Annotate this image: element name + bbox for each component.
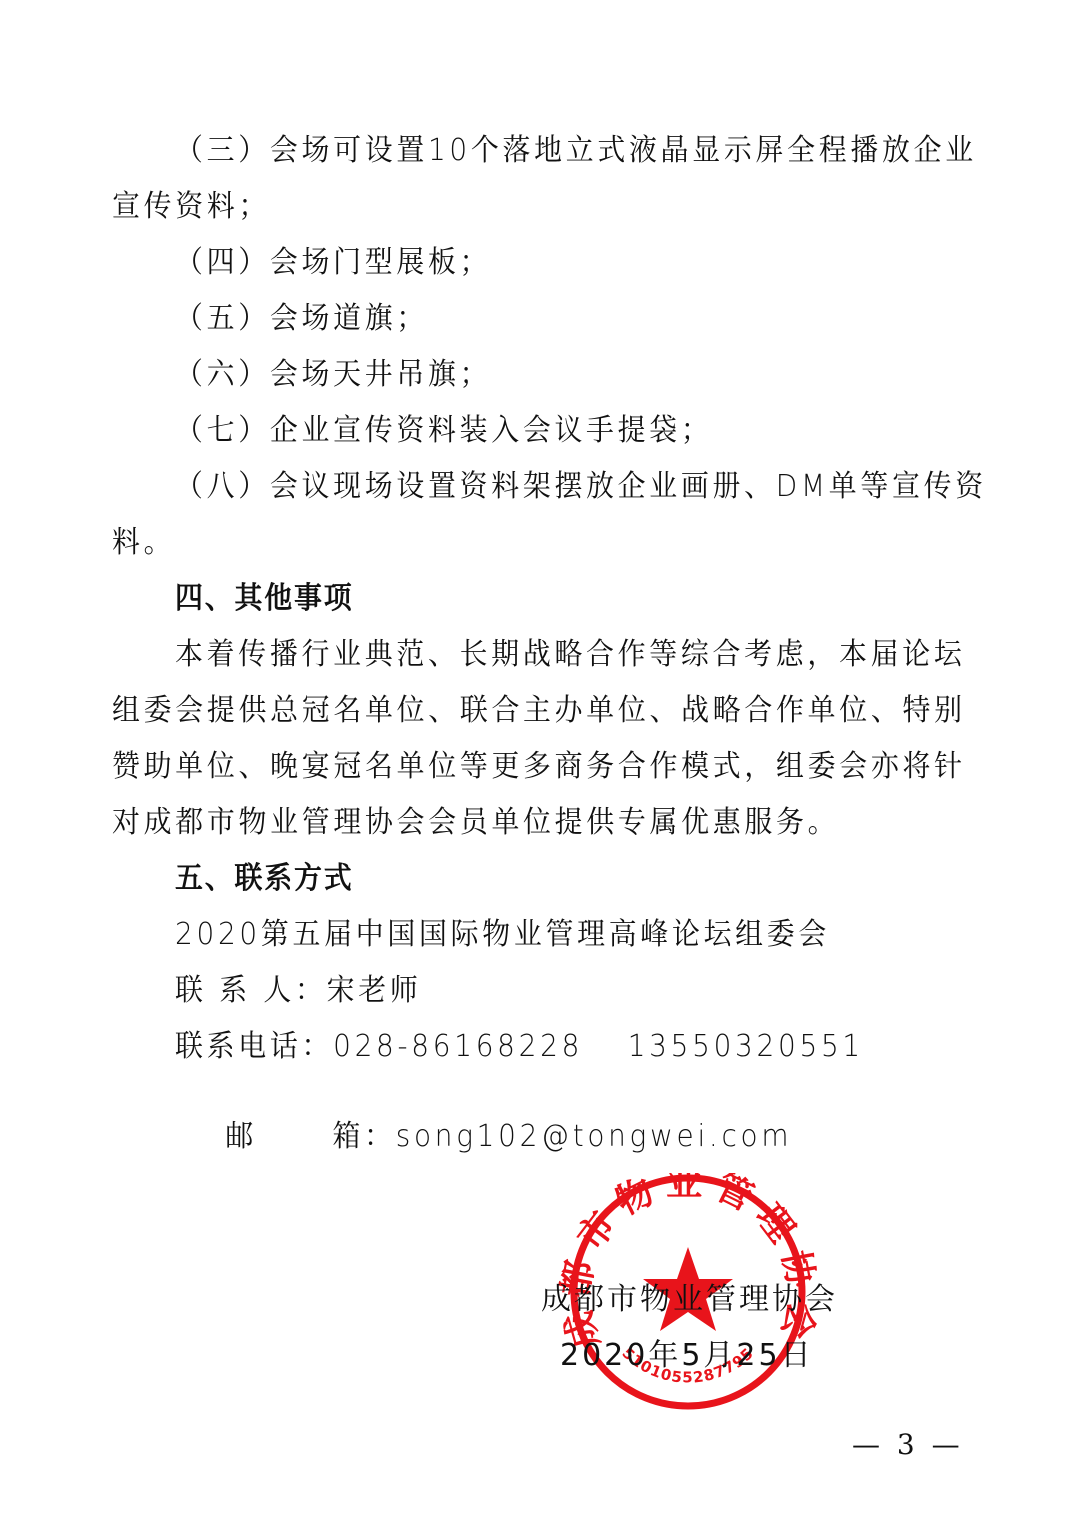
- item-4: （四）会场门型展板；: [175, 246, 491, 280]
- section-4-line-1: 本着传播行业典范、长期战略合作等综合考虑，本届论坛: [175, 638, 966, 672]
- item-6: （六）会场天井吊旗；: [175, 358, 491, 392]
- document-page: （三）会场可设置10个落地立式液晶显示屏全程播放企业 宣传资料； （四）会场门型…: [0, 0, 1080, 1527]
- phone-value-1: 028-86168228: [333, 1029, 583, 1064]
- section-4-line-3: 赞助单位、晚宴冠名单位等更多商务合作模式，组委会亦将针: [112, 750, 966, 784]
- phone-row: 联系电话：028-8616822813550320551: [175, 1030, 864, 1064]
- item-3-line-1: （三）会场可设置10个落地立式液晶显示屏全程播放企业: [175, 134, 977, 168]
- section-5-heading: 五、联系方式: [175, 862, 354, 896]
- email-label: 邮 箱：: [225, 1119, 395, 1154]
- contact-person-value: 宋老师: [327, 973, 422, 1008]
- signature-organization: 成都市物业管理协会: [541, 1283, 838, 1317]
- organizer-name: 2020第五届中国国际物业管理高峰论坛组委会: [175, 918, 830, 952]
- section-4-line-4: 对成都市物业管理协会会员单位提供专属优惠服务。: [112, 806, 839, 840]
- page-number: — 3 —: [852, 1428, 964, 1461]
- item-7: （七）企业宣传资料装入会议手提袋；: [175, 414, 713, 448]
- email-value: song102@tongwei.com: [396, 1119, 792, 1154]
- phone-label: 联系电话：: [175, 1029, 333, 1064]
- item-8-line-1: （八）会议现场设置资料架摆放企业画册、DM单等宣传资: [175, 470, 987, 504]
- contact-person-label: 联 系 人：: [175, 973, 327, 1008]
- signature-date: 2020年5月25日: [560, 1339, 814, 1373]
- contact-person-row: 联 系 人：宋老师: [175, 974, 422, 1008]
- section-4-line-2: 组委会提供总冠名单位、联合主办单位、战略合作单位、特别: [112, 694, 966, 728]
- item-5: （五）会场道旗；: [175, 302, 428, 336]
- item-8-line-2: 料。: [112, 526, 175, 560]
- section-4-heading: 四、其他事项: [175, 582, 354, 616]
- item-3-line-2: 宣传资料；: [112, 190, 270, 224]
- phone-value-2: 13550320551: [628, 1029, 864, 1064]
